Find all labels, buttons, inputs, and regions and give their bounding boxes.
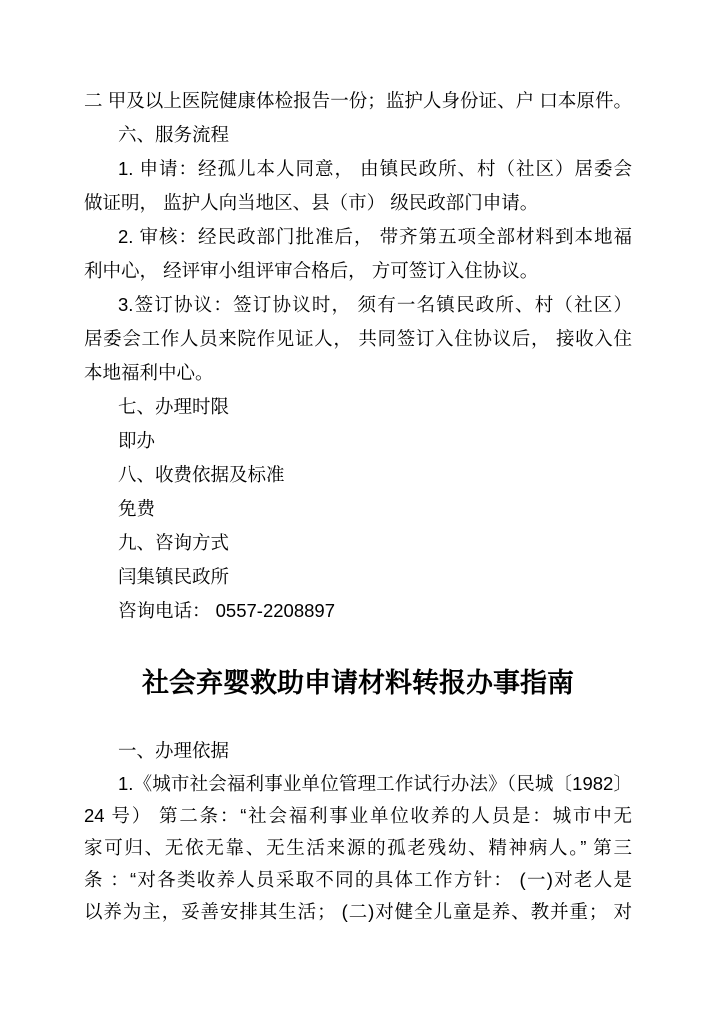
line-basis-article2-cont: 家可归、无依无靠、无生活来源的孤老残幼、精神病人。” 第三 — [84, 832, 632, 864]
line-time-limit-value: 即办 — [84, 424, 632, 458]
line-step1-apply-cont: 做证明， 监护人向当地区、县（市） 级民政部门申请。 — [84, 186, 632, 220]
line-fee-value: 免费 — [84, 492, 632, 526]
heading-section-6-service-process: 六、服务流程 — [84, 118, 632, 152]
heading-section-7-time-limit: 七、办理时限 — [84, 390, 632, 424]
line-step3-sign-agreement-cont: 居委会工作人员来院作见证人， 共同签订入住协议后， 接收入住 — [84, 322, 632, 356]
line-contact-phone: 咨询电话： 0557-2208897 — [84, 594, 632, 628]
line-step3-sign-agreement-cont2: 本地福利中心。 — [84, 356, 632, 390]
line-contact-office: 闫集镇民政所 — [84, 560, 632, 594]
heading-section-9-contact-method: 九、咨询方式 — [84, 526, 632, 560]
line-step2-review-cont: 利中心， 经评审小组评审合格后， 方可签订入住协议。 — [84, 254, 632, 288]
document-title: 社会弃婴救助申请材料转报办事指南 — [84, 660, 632, 706]
heading-section-8-fee-basis: 八、收费依据及标准 — [84, 458, 632, 492]
document-page: 二 甲及以上医院健康体检报告一份；监护人身份证、户 口本原件。 六、服务流程 1… — [0, 0, 715, 1011]
section-abandoned-infant-guide: 一、办理依据 1.《城市社会福利事业单位管理工作试行办法》（民城〔1982〕 2… — [84, 734, 632, 928]
line-basis-article2: 24 号） 第二条：“社会福利事业单位收养的人员是：城市中无 — [84, 800, 632, 832]
line-step3-sign-agreement: 3.签订协议：签订协议时， 须有一名镇民政所、村（社区） — [84, 288, 632, 322]
section-orphan-admission-guide: 二 甲及以上医院健康体检报告一份；监护人身份证、户 口本原件。 六、服务流程 1… — [84, 84, 632, 628]
line-health-check-report: 二 甲及以上医院健康体检报告一份；监护人身份证、户 口本原件。 — [84, 84, 632, 118]
heading-section-1-basis: 一、办理依据 — [84, 734, 632, 768]
line-step2-review: 2. 审核：经民政部门批准后， 带齐第五项全部材料到本地福 — [84, 220, 632, 254]
line-basis-regulation: 1.《城市社会福利事业单位管理工作试行办法》（民城〔1982〕 — [84, 768, 632, 800]
line-basis-article3: 条 ：“对各类收养人员采取不同的具体工作方针： (一)对老人是 — [84, 864, 632, 896]
line-basis-article3-cont: 以养为主，妥善安排其生活； (二)对健全儿童是养、教并重； 对 — [84, 896, 632, 928]
line-step1-apply: 1. 申请：经孤儿本人同意， 由镇民政所、村（社区）居委会 — [84, 152, 632, 186]
